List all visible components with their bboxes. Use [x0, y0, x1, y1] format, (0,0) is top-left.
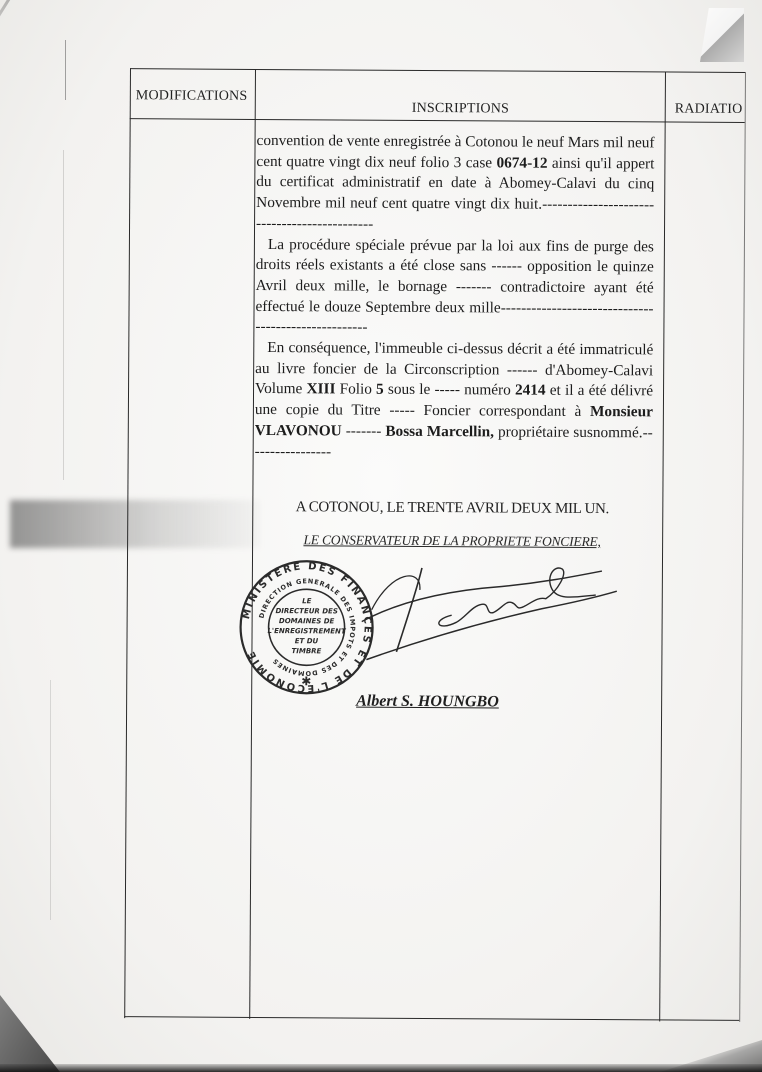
margin-mark: [50, 680, 51, 920]
inscription-body: convention de vente enregistrée à Cotono…: [255, 131, 655, 465]
signatory-title: LE CONSERVATEUR DE LA PROPRIETE FONCIERE…: [252, 532, 652, 550]
handwritten-signature-icon: [361, 560, 622, 672]
column-header-modifications: MODIFICATIONS: [136, 88, 248, 105]
svg-text:DOMAINES DE: DOMAINES DE: [279, 617, 335, 625]
folded-corner-bottom-left: [0, 995, 60, 1072]
margin-mark: [63, 150, 64, 480]
place-and-date: A COTONOU, LE TRENTE AVRIL DEUX MIL UN.: [252, 499, 652, 518]
svg-text:L'ENREGISTREMENT: L'ENREGISTREMENT: [267, 627, 346, 635]
signer-name: Albert S. HOUNGBO: [356, 693, 499, 712]
margin-mark: [65, 40, 66, 100]
register-table: MODIFICATIONS INSCRIPTIONS RADIATIO conv…: [94, 68, 745, 1022]
inscription-paragraph: En conséquence, l'immeuble ci-dessus déc…: [255, 338, 654, 465]
inscription-paragraph: convention de vente enregistrée à Cotono…: [256, 131, 655, 237]
svg-text:LE: LE: [302, 597, 312, 605]
page-bottom-edge: [0, 1064, 762, 1072]
inscription-paragraph: La procédure spéciale prévue par la loi …: [255, 234, 654, 340]
svg-text:DIRECTEUR DES: DIRECTEUR DES: [275, 607, 337, 615]
folded-corner-top-right: [700, 8, 744, 62]
svg-text:✱: ✱: [301, 674, 311, 688]
svg-text:ET DU: ET DU: [295, 637, 319, 645]
column-header-radiations: RADIATIO: [675, 102, 743, 118]
column-header-inscriptions: INSCRIPTIONS: [412, 101, 509, 118]
official-stamp-icon: MINISTERE DES FINANCES ET DE L'ECONOMIE …: [236, 557, 377, 698]
scanned-page: MODIFICATIONS INSCRIPTIONS RADIATIO conv…: [0, 0, 762, 1072]
signature-block: A COTONOU, LE TRENTE AVRIL DEUX MIL UN. …: [252, 499, 652, 550]
svg-text:TIMBRE: TIMBRE: [291, 647, 321, 655]
paper-fold-shadow: [0, 0, 35, 62]
